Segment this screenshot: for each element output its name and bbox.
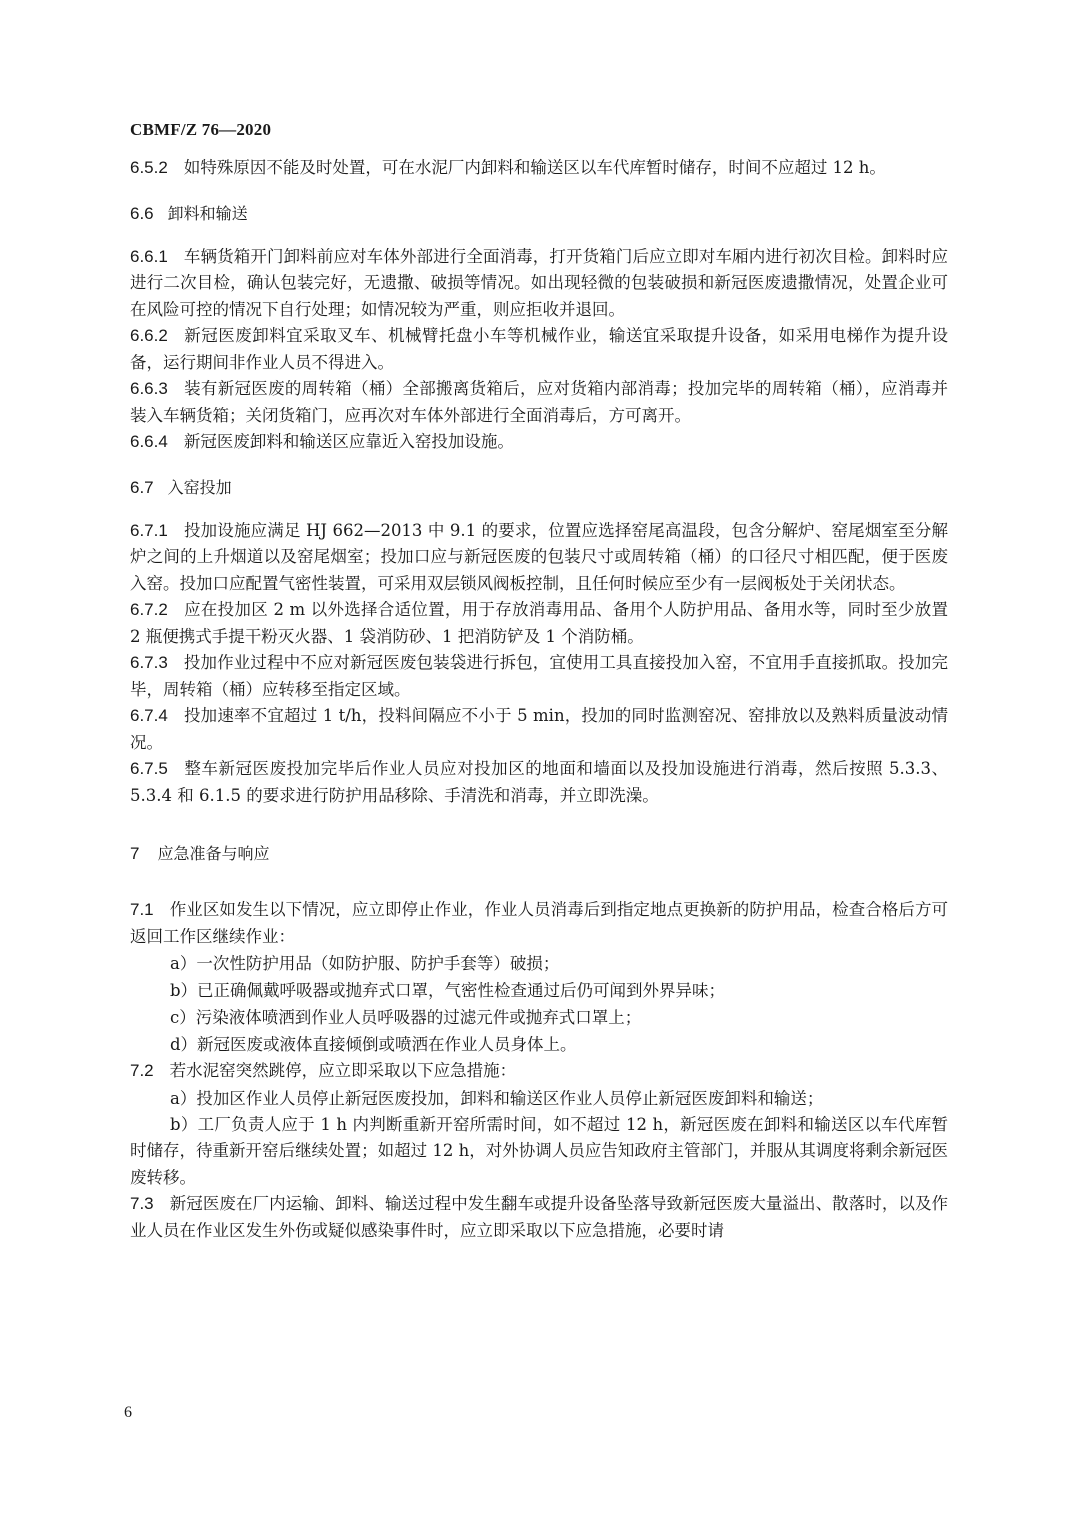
clause-text: 车辆货箱开门卸料前应对车体外部进行全面消毒，打开货箱门后应立即对车厢内进行初次目… bbox=[130, 247, 948, 319]
clause-text: 投加速率不宜超过 1 t/h，投料间隔应不小于 5 min，投加的同时监测窑况、… bbox=[130, 706, 948, 752]
clause-6-7-3: 6.7.3投加作业过程中不应对新冠医废包装袋进行拆包，宜使用工具直接投加入窑，不… bbox=[130, 650, 948, 703]
clause-number: 6.7.1 bbox=[130, 521, 168, 540]
clause-number: 6.5.2 bbox=[130, 158, 168, 177]
standard-code: CBMF/Z 76—2020 bbox=[130, 120, 271, 140]
clause-number: 6.6.4 bbox=[130, 432, 168, 451]
heading-number: 6.6 bbox=[130, 204, 154, 223]
clause-number: 6.7.3 bbox=[130, 653, 168, 672]
clause-text: 应在投加区 2 m 以外选择合适位置，用于存放消毒用品、备用个人防护用品、备用水… bbox=[130, 600, 948, 646]
clause-text: 投加设施应满足 HJ 662—2013 中 9.1 的要求，位置应选择窑尾高温段… bbox=[130, 521, 948, 593]
heading-number: 7 bbox=[130, 844, 139, 863]
clause-6-6-4: 6.6.4新冠医废卸料和输送区应靠近入窑投加设施。 bbox=[130, 429, 948, 456]
clause-6-6-3: 6.6.3装有新冠医废的周转箱（桶）全部搬离货箱后，应对货箱内部消毒；投加完毕的… bbox=[130, 376, 948, 429]
clause-number: 7.2 bbox=[130, 1061, 154, 1080]
clause-text: 装有新冠医废的周转箱（桶）全部搬离货箱后，应对货箱内部消毒；投加完毕的周转箱（桶… bbox=[130, 379, 948, 425]
clause-6-7-5: 6.7.5整车新冠医废投加完毕后作业人员应对投加区的地面和墙面以及投加设施进行消… bbox=[130, 756, 948, 809]
clause-6-7-4: 6.7.4投加速率不宜超过 1 t/h，投料间隔应不小于 5 min，投加的同时… bbox=[130, 703, 948, 756]
clause-number: 6.7.2 bbox=[130, 600, 168, 619]
clause-6-7-2: 6.7.2应在投加区 2 m 以外选择合适位置，用于存放消毒用品、备用个人防护用… bbox=[130, 597, 948, 650]
heading-6-7: 6.7入窑投加 bbox=[130, 475, 948, 501]
clause-number: 6.6.1 bbox=[130, 247, 168, 266]
clause-number: 6.7.5 bbox=[130, 759, 168, 778]
clause-number: 6.6.2 bbox=[130, 326, 168, 345]
clause-text: 作业区如发生以下情况，应立即停止作业，作业人员消毒后到指定地点更换新的防护用品，… bbox=[130, 900, 948, 946]
clause-number: 6.6.3 bbox=[130, 379, 168, 398]
clause-text: 整车新冠医废投加完毕后作业人员应对投加区的地面和墙面以及投加设施进行消毒，然后按… bbox=[130, 759, 948, 805]
heading-title: 应急准备与响应 bbox=[157, 844, 269, 863]
clause-6-6-1: 6.6.1车辆货箱开门卸料前应对车体外部进行全面消毒，打开货箱门后应立即对车厢内… bbox=[130, 244, 948, 324]
clause-text: 如特殊原因不能及时处置，可在水泥厂内卸料和输送区以车代库暂时储存，时间不应超过 … bbox=[184, 158, 886, 177]
list-item: b）工厂负责人应于 1 h 内判断重新开窑所需时间，如不超过 12 h，新冠医废… bbox=[130, 1112, 948, 1192]
clause-6-7-1: 6.7.1投加设施应满足 HJ 662—2013 中 9.1 的要求，位置应选择… bbox=[130, 518, 948, 598]
heading-6-6: 6.6卸料和输送 bbox=[130, 201, 948, 227]
clause-7-1: 7.1作业区如发生以下情况，应立即停止作业，作业人员消毒后到指定地点更换新的防护… bbox=[130, 897, 948, 950]
clause-6-5-2: 6.5.2如特殊原因不能及时处置，可在水泥厂内卸料和输送区以车代库暂时储存，时间… bbox=[130, 155, 948, 182]
clause-text: 若水泥窑突然跳停，应立即采取以下应急措施： bbox=[170, 1061, 517, 1080]
clause-number: 7.3 bbox=[130, 1194, 154, 1213]
clause-7-3: 7.3新冠医废在厂内运输、卸料、输送过程中发生翻车或提升设备坠落导致新冠医废大量… bbox=[130, 1191, 948, 1244]
heading-title: 入窑投加 bbox=[168, 478, 232, 497]
clause-text: 投加作业过程中不应对新冠医废包装袋进行拆包，宜使用工具直接投加入窑，不宜用手直接… bbox=[130, 653, 948, 699]
document-body: 6.5.2如特殊原因不能及时处置，可在水泥厂内卸料和输送区以车代库暂时储存，时间… bbox=[130, 152, 948, 1244]
list-item: a）一次性防护用品（如防护服、防护手套等）破损； bbox=[130, 950, 948, 977]
heading-title: 卸料和输送 bbox=[168, 204, 248, 223]
heading-7: 7应急准备与响应 bbox=[130, 841, 948, 867]
heading-number: 6.7 bbox=[130, 478, 154, 497]
page-number: 6 bbox=[124, 1404, 132, 1422]
clause-text: 新冠医废卸料宜采取叉车、机械臂托盘小车等机械作业，输送宜采取提升设备，如采用电梯… bbox=[130, 326, 948, 372]
clause-number: 7.1 bbox=[130, 900, 154, 919]
clause-number: 6.7.4 bbox=[130, 706, 168, 725]
clause-text: 新冠医废在厂内运输、卸料、输送过程中发生翻车或提升设备坠落导致新冠医废大量溢出、… bbox=[130, 1194, 948, 1240]
document-page: CBMF/Z 76—2020 6.5.2如特殊原因不能及时处置，可在水泥厂内卸料… bbox=[0, 0, 1080, 1526]
list-item: d）新冠医废或液体直接倾倒或喷洒在作业人员身体上。 bbox=[130, 1031, 948, 1058]
list-item: a）投加区作业人员停止新冠医废投加，卸料和输送区作业人员停止新冠医废卸料和输送； bbox=[130, 1085, 948, 1112]
clause-text: 新冠医废卸料和输送区应靠近入窑投加设施。 bbox=[184, 432, 514, 451]
clause-6-6-2: 6.6.2新冠医废卸料宜采取叉车、机械臂托盘小车等机械作业，输送宜采取提升设备，… bbox=[130, 323, 948, 376]
clause-7-2: 7.2若水泥窑突然跳停，应立即采取以下应急措施： bbox=[130, 1058, 948, 1085]
list-item: b）已正确佩戴呼吸器或抛弃式口罩，气密性检查通过后仍可闻到外界异味； bbox=[130, 977, 948, 1004]
list-item: c）污染液体喷洒到作业人员呼吸器的过滤元件或抛弃式口罩上； bbox=[130, 1004, 948, 1031]
